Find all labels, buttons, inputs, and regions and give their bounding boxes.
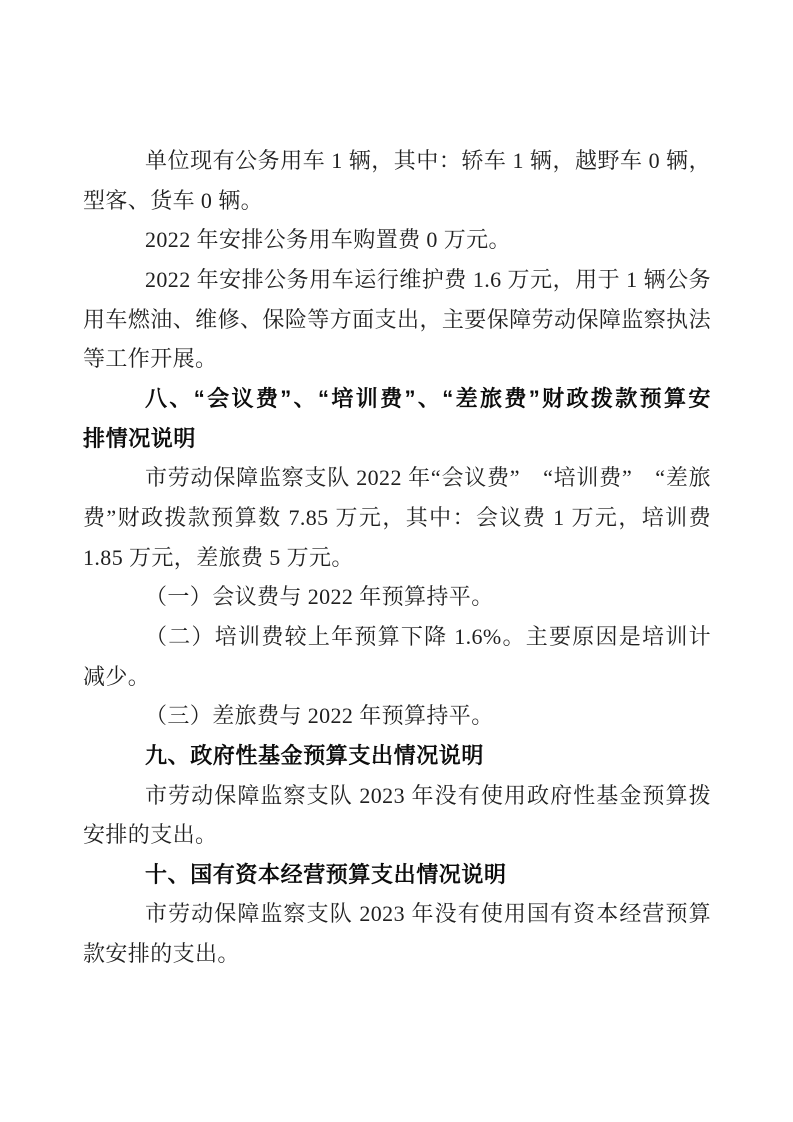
text-line: 款安排的支出。 [83,934,711,974]
document-page: 单位现有公务用车 1 辆，其中：轿车 1 辆，越野车 0 辆，大型客、货车 0 … [0,0,793,1122]
para-item-1-meeting-fee: （一）会议费与 2022 年预算持平。 [83,577,711,617]
text-line: （三）差旅费与 2022 年预算持平。 [83,696,711,736]
text-line: 减少。 [83,657,711,697]
heading-section-8: 八、“会议费”、“培训费”、“差旅费”财政拨款预算安排情况说明 [83,379,711,458]
text-line: 1.85 万元，差旅费 5 万元。 [83,538,711,578]
heading-section-10: 十、国有资本经营预算支出情况说明 [83,855,711,895]
text-line: 等工作开展。 [83,339,711,379]
text-line: 用车燃油、维修、保险等方面支出，主要保障劳动保障监察执法 [83,300,711,340]
heading-section-9: 九、政府性基金预算支出情况说明 [83,736,711,776]
text-line: 市劳动保障监察支队 2023 年没有使用政府性基金预算拨款 [83,776,711,816]
document-content: 单位现有公务用车 1 辆，其中：轿车 1 辆，越野车 0 辆，大型客、货车 0 … [83,141,711,974]
para-vehicle-maintenance-fee: 2022 年安排公务用车运行维护费 1.6 万元，用于 1 辆公务用车燃油、维修… [83,260,711,379]
para-item-3-travel-fee: （三）差旅费与 2022 年预算持平。 [83,696,711,736]
para-vehicle-purchase-fee: 2022 年安排公务用车购置费 0 万元。 [83,220,711,260]
para-vehicle-count: 单位现有公务用车 1 辆，其中：轿车 1 辆，越野车 0 辆，大型客、货车 0 … [83,141,711,220]
heading-line: 九、政府性基金预算支出情况说明 [83,736,711,776]
para-section8-budget-total: 市劳动保障监察支队 2022 年“会议费” “培训费” “差旅费”财政拨款预算数… [83,458,711,577]
text-line: 费”财政拨款预算数 7.85 万元，其中：会议费 1 万元，培训费 [83,498,711,538]
heading-line: 排情况说明 [83,419,711,459]
para-section10-state-capital: 市劳动保障监察支队 2023 年没有使用国有资本经营预算拨款安排的支出。 [83,894,711,973]
text-line: 型客、货车 0 辆。 [83,181,711,221]
text-line: 市劳动保障监察支队 2023 年没有使用国有资本经营预算拨 [83,894,711,934]
para-section9-gov-fund: 市劳动保障监察支队 2023 年没有使用政府性基金预算拨款安排的支出。 [83,776,711,855]
text-line: 2022 年安排公务用车购置费 0 万元。 [83,220,711,260]
text-line: 单位现有公务用车 1 辆，其中：轿车 1 辆，越野车 0 辆，大 [83,141,711,181]
text-line: （二）培训费较上年预算下降 1.6%。主要原因是培训计划 [83,617,711,657]
text-line: 安排的支出。 [83,815,711,855]
text-line: 市劳动保障监察支队 2022 年“会议费” “培训费” “差旅 [83,458,711,498]
heading-line: 八、“会议费”、“培训费”、“差旅费”财政拨款预算安 [83,379,711,419]
text-line: 2022 年安排公务用车运行维护费 1.6 万元，用于 1 辆公务 [83,260,711,300]
para-item-2-training-fee: （二）培训费较上年预算下降 1.6%。主要原因是培训计划减少。 [83,617,711,696]
heading-line: 十、国有资本经营预算支出情况说明 [83,855,711,895]
text-line: （一）会议费与 2022 年预算持平。 [83,577,711,617]
